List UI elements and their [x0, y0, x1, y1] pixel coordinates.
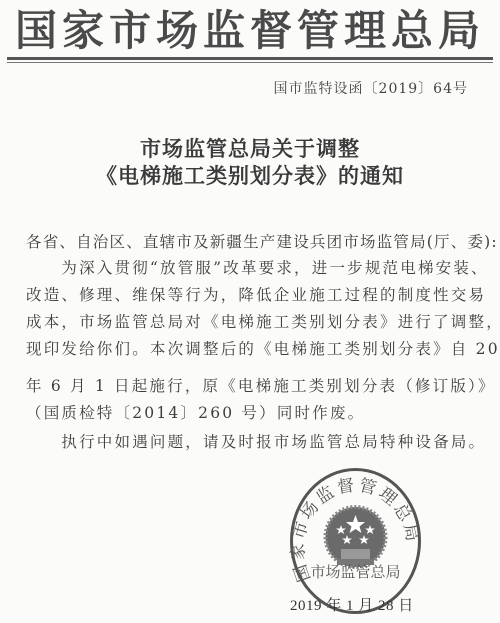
body-line: 改造、修理、维保等行为，降低企业施工过程的制度性交易	[26, 285, 476, 305]
title-line-1: 市场监管总局关于调整	[0, 133, 500, 163]
body-line: 现印发给你们。本次调整后的《电梯施工类别划分表》自 2019	[26, 339, 476, 359]
salutation: 各省、自治区、直辖市及新疆生产建设兵团市场监管局(厅、委):	[26, 232, 476, 252]
closing-paragraph: 执行中如遇问题，请及时报市场监管总局特种设备局。	[26, 432, 476, 452]
body-line: 成本，市场监管总局对《电梯施工类别划分表》进行了调整，	[26, 312, 476, 332]
national-emblem-icon	[326, 507, 386, 567]
header-rule-thin	[7, 62, 493, 63]
official-seal: 国家市场监督管理总局 市场监管总局	[289, 467, 422, 615]
signature-date: 2019 年 1 月 28 日	[290, 594, 414, 615]
body-line: 年 6 月 1 日起施行，原《电梯施工类别划分表（修订版）》	[26, 376, 476, 396]
body-line: 为深入贯彻“放管服”改革要求，进一步规范电梯安装、	[26, 258, 476, 278]
body-line: （国质检特〔2014〕260 号）同时作废。	[26, 403, 476, 423]
header-rule-thick	[7, 57, 493, 60]
agency-masthead: 国家市场监督管理总局	[0, 6, 500, 56]
seal-inner-text: 市场监管总局	[310, 563, 400, 581]
title-line-2: 《电梯施工类别划分表》的通知	[0, 160, 500, 190]
document-number: 国市监特设函〔2019〕64号	[274, 78, 468, 98]
